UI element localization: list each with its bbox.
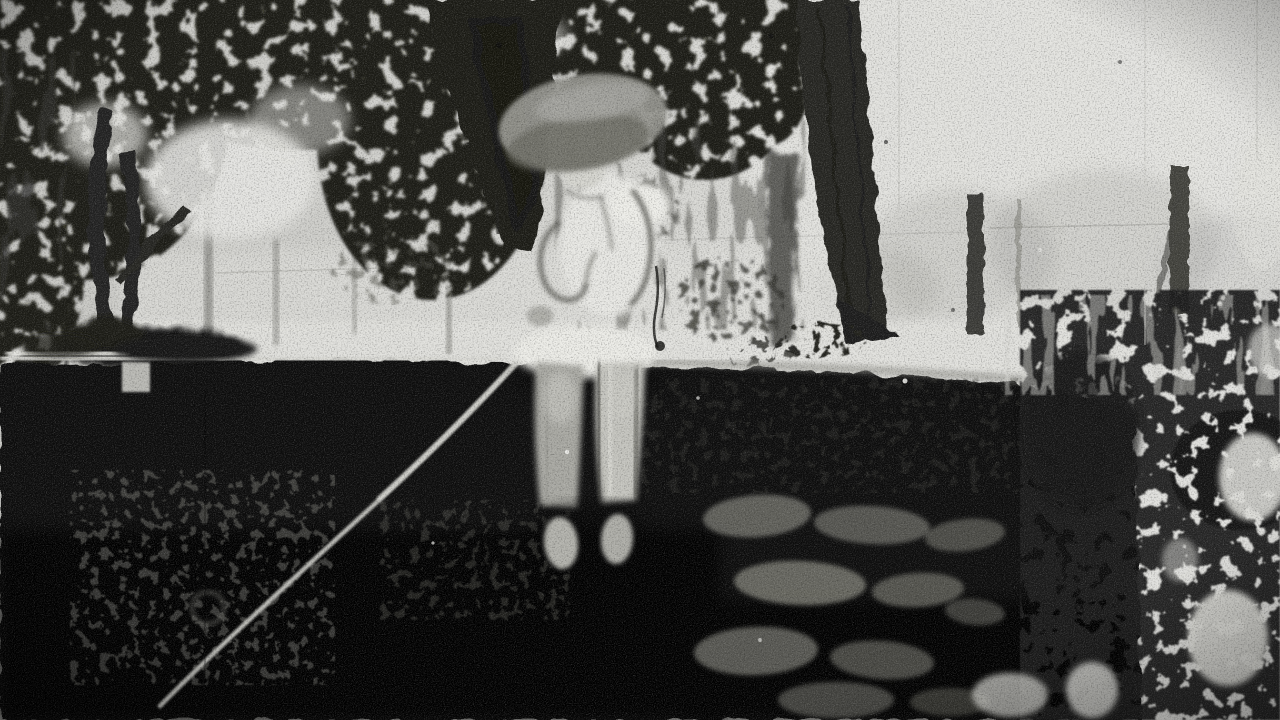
vignette-overlay: [0, 0, 1280, 720]
video-frame[interactable]: [0, 0, 1280, 720]
film-scene-svg: [0, 0, 1280, 720]
